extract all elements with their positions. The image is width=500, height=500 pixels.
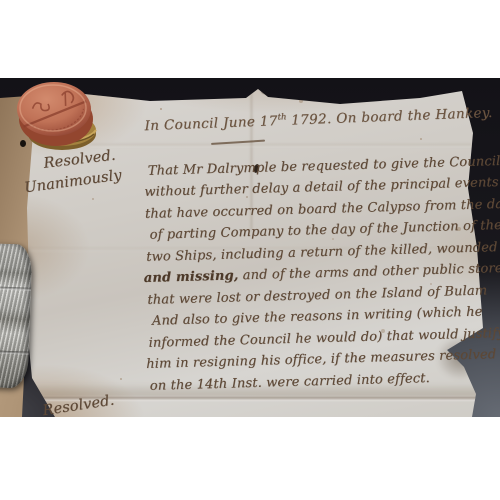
date-line: In Council June 17th 1792. On board the …	[144, 105, 493, 133]
photo-canvas: In Council June 17th 1792. On board the …	[0, 0, 500, 500]
manuscript-line-text: and of the arms and other public stores	[238, 261, 500, 284]
margin-note-unanimously: Unanimously	[24, 169, 123, 196]
document-photo: In Council June 17th 1792. On board the …	[0, 78, 500, 417]
wax-face	[17, 82, 91, 136]
manuscript-line: of parting Company to the day of the Jun…	[149, 219, 500, 242]
manuscript-line: informed the Council he would do) that w…	[148, 327, 500, 350]
manuscript-line: That Mr Dalrymple be requested to give t…	[148, 155, 500, 178]
manuscript-line: without further delay a detail of the pr…	[144, 176, 499, 199]
manuscript-line: him in resigning his office, if the meas…	[146, 348, 496, 371]
manuscript-line: that have occurred on board the Calypso …	[145, 198, 500, 221]
footer-note-resolved: Resolved.	[42, 394, 116, 417]
ink-underline	[211, 140, 265, 145]
date-line-text: 1792. On board the Hankey.	[286, 105, 493, 129]
manuscript-line: and missing, and of the arms and other p…	[144, 262, 500, 285]
date-line-text: In Council June 17	[144, 113, 278, 134]
manuscript-line: two Ships, including a return of the kil…	[146, 241, 498, 264]
manuscript-line: And also to give the reasons in writing …	[152, 306, 483, 328]
foxing-speckles	[0, 78, 2, 80]
wax-seal	[12, 78, 104, 154]
manuscript-line: that were lost or destroyed on the Islan…	[147, 284, 487, 306]
manuscript-line: on the 14th Inst. were carried into effe…	[150, 372, 430, 393]
emphasized-words: and missing,	[144, 268, 239, 286]
